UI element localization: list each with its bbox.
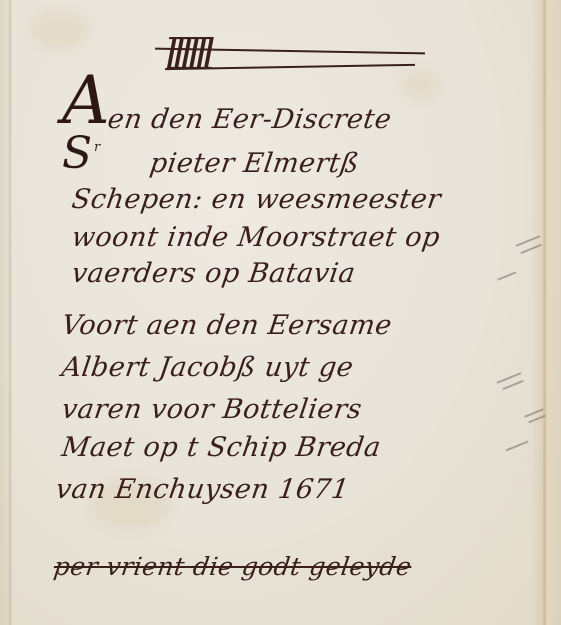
paper-stain [30,10,90,50]
address-line-10: van Enchuysen 1671 [54,474,351,505]
address-line-9: Maet op t Schip Breda [60,432,383,463]
closing-line: per vrient die godt geleyde [52,552,414,581]
address-line-4: woont inde Moorstraet op [70,222,442,253]
address-line-8: varen voor Botteliers [60,394,364,425]
address-line-6: Voort aen den Eersame [60,310,394,341]
decorative-initial-a: A [62,68,110,134]
address-line-7: Albert Jacobß uyt ge [60,352,356,383]
left-fold-crease [8,0,12,625]
decorative-initial-s: S [62,132,92,176]
crossed-out-loops: llllll [165,30,210,79]
address-line-3: Schepen: en weesmeester [70,184,443,215]
crossed-out-header: llllll [155,30,415,90]
superscript-r: r [94,140,101,155]
right-fold-crease [542,0,547,625]
address-line-2: pieter Elmertß [148,148,361,179]
address-line-1: en den Eer-Discrete [106,104,394,135]
address-line-5: vaerders op Batavia [70,258,358,289]
